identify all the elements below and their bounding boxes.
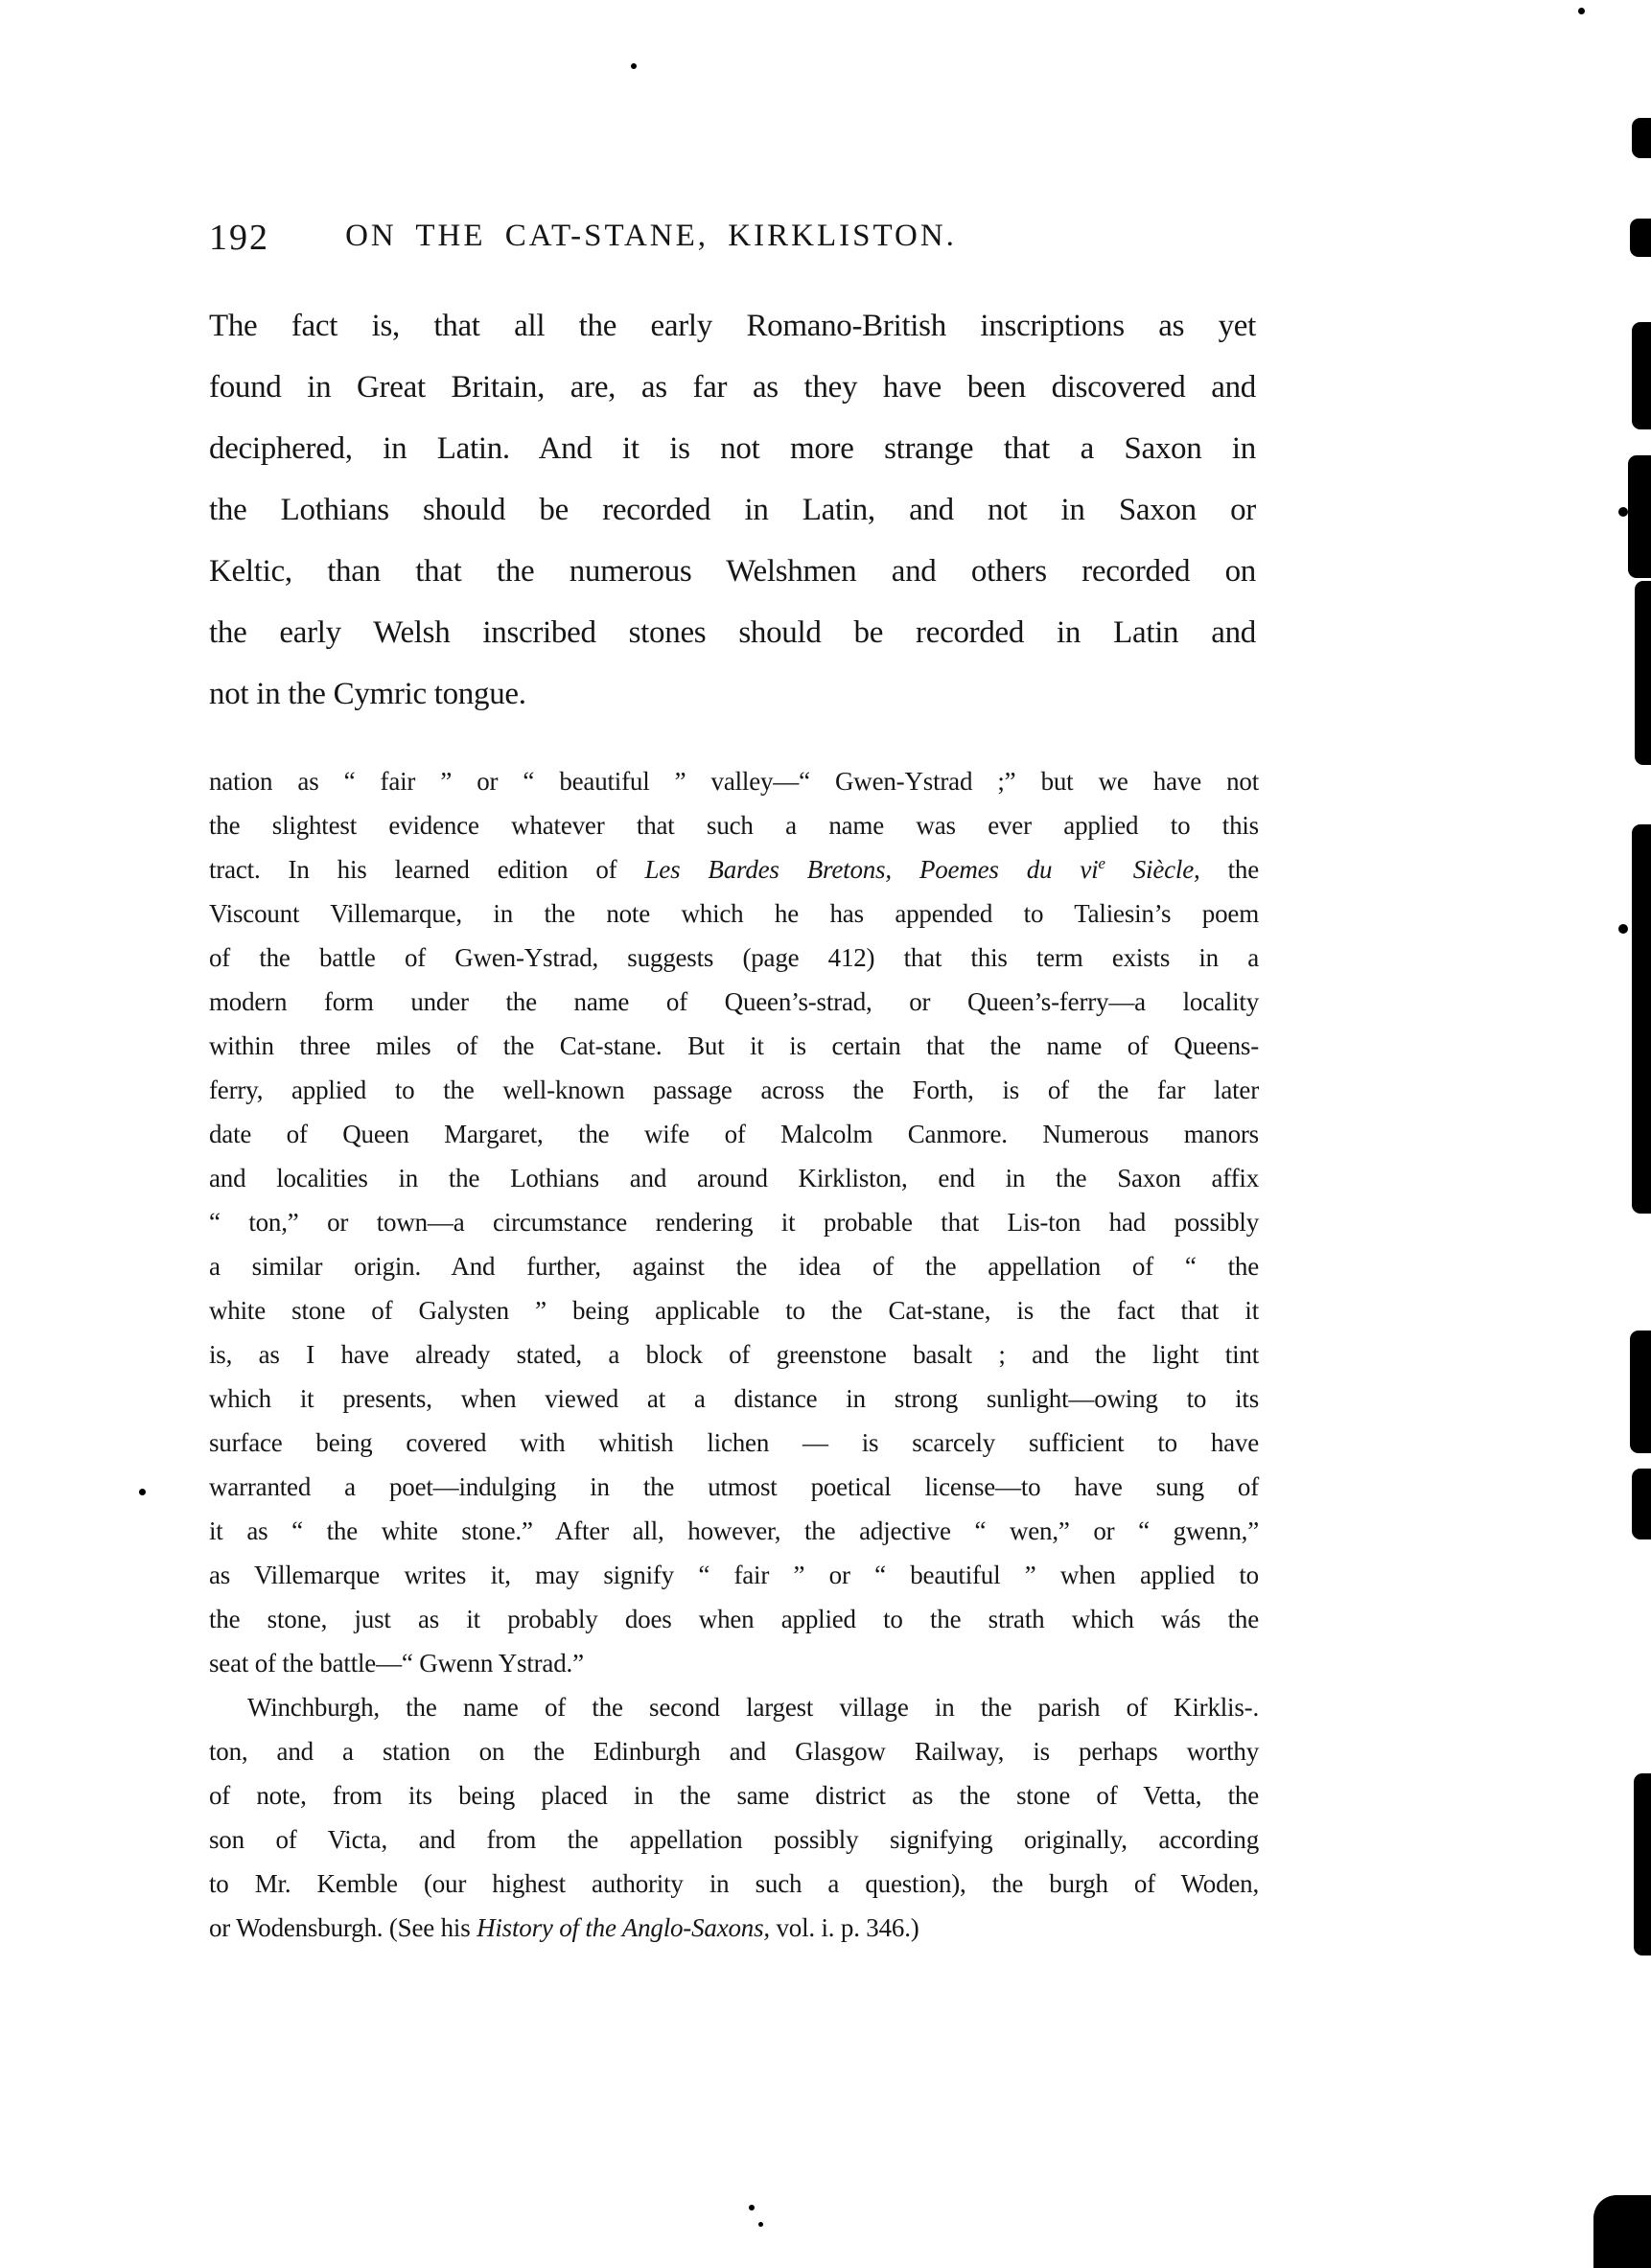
main-paragraph: The fact is, that all the early Romano-B… (209, 295, 1256, 725)
text-segment: Viscount Villemarque, in the note which … (209, 899, 1259, 928)
text-line: warranted a poet—indulging in the utmost… (209, 1465, 1259, 1509)
page-header: 192 ON THE CAT-STANE, KIRKLISTON. (209, 217, 1256, 265)
text-line: modern form under the name of Queen’s-st… (209, 980, 1259, 1024)
text-line: white stone of Galysten ” being applicab… (209, 1288, 1259, 1332)
text-line: is, as I have already stated, a block of… (209, 1332, 1259, 1377)
scan-edge-artifact (1632, 322, 1651, 429)
text-segment: of note, from its being placed in the sa… (209, 1781, 1259, 1810)
italic-text: e (1098, 855, 1105, 884)
text-segment: warranted a poet—indulging in the utmost… (209, 1472, 1259, 1501)
scan-speck (631, 63, 637, 69)
scan-speck (1618, 924, 1628, 934)
text-line: Viscount Villemarque, in the note which … (209, 891, 1259, 936)
text-segment: ton, and a station on the Edinburgh and … (209, 1737, 1259, 1766)
text-line: ferry, applied to the well-known passage… (209, 1068, 1259, 1112)
text-segment: not in the Cymric tongue. (209, 677, 526, 711)
text-line: or Wodensburgh. (See his History of the … (209, 1906, 1259, 1950)
text-line: tract. In his learned edition of Les Bar… (209, 847, 1259, 891)
text-segment: “ ton,” or town—a circumstance rendering… (209, 1208, 1259, 1237)
text-segment: within three miles of the Cat-stane. But… (209, 1031, 1259, 1060)
text-line: of the battle of Gwen-Ystrad, suggests (… (209, 936, 1259, 980)
scan-speck (1618, 507, 1628, 517)
text-segment: the stone, just as it probably does when… (209, 1605, 1259, 1633)
text-segment: of the battle of Gwen-Ystrad, suggests (… (209, 943, 1259, 972)
footnote-text: nation as “ fair ” or “ beautiful ” vall… (209, 759, 1259, 1950)
text-line: ton, and a station on the Edinburgh and … (209, 1729, 1259, 1773)
text-segment: it as “ the white stone.” After all, how… (209, 1516, 1259, 1545)
text-line: date of Queen Margaret, the wife of Malc… (209, 1112, 1259, 1156)
italic-text: History of the Anglo-Saxons, (477, 1913, 770, 1942)
scan-edge-artifact (1628, 455, 1651, 578)
text-line: within three miles of the Cat-stane. But… (209, 1024, 1259, 1068)
text-segment: Keltic, than that the numerous Welshmen … (209, 554, 1256, 589)
text-segment: son of Victa, and from the appellation p… (209, 1825, 1259, 1854)
text-line: Winchburgh, the name of the second large… (209, 1685, 1259, 1729)
text-line: not in the Cymric tongue. (209, 663, 1256, 725)
scan-speck (1578, 8, 1585, 14)
text-segment: is, as I have already stated, a block of… (209, 1340, 1259, 1369)
text-line: the stone, just as it probably does when… (209, 1597, 1259, 1641)
text-line: son of Victa, and from the appellation p… (209, 1817, 1259, 1862)
text-line: seat of the battle—“ Gwenn Ystrad.” (209, 1641, 1259, 1685)
scan-speck (749, 2205, 755, 2210)
text-line: it as “ the white stone.” After all, how… (209, 1509, 1259, 1553)
text-segment: found in Great Britain, are, as far as t… (209, 370, 1256, 405)
text-line: and localities in the Lothians and aroun… (209, 1156, 1259, 1200)
text-line: Keltic, than that the numerous Welshmen … (209, 541, 1256, 602)
text-line: the early Welsh inscribed stones should … (209, 602, 1256, 663)
text-segment: and localities in the Lothians and aroun… (209, 1164, 1259, 1192)
text-line: which it presents, when viewed at a dist… (209, 1377, 1259, 1421)
text-segment: or Wodensburgh. (See his (209, 1913, 477, 1942)
text-line: nation as “ fair ” or “ beautiful ” vall… (209, 759, 1259, 803)
scan-edge-artifact (1632, 1469, 1651, 1539)
text-segment: which it presents, when viewed at a dist… (209, 1384, 1259, 1413)
text-line: a similar origin. And further, against t… (209, 1244, 1259, 1288)
text-segment: ferry, applied to the well-known passage… (209, 1076, 1259, 1104)
scan-edge-artifact (1632, 118, 1651, 158)
scan-speck (139, 1489, 146, 1495)
text-line: as Villemarque writes it, may signify “ … (209, 1553, 1259, 1597)
scan-speck (758, 2222, 763, 2227)
text-line: deciphered, in Latin. And it is not more… (209, 418, 1256, 479)
text-segment: deciphered, in Latin. And it is not more… (209, 431, 1256, 466)
text-line: found in Great Britain, are, as far as t… (209, 357, 1256, 418)
italic-text: Siècle, (1105, 855, 1200, 884)
text-segment: as Villemarque writes it, may signify “ … (209, 1561, 1259, 1589)
text-line: The fact is, that all the early Romano-B… (209, 295, 1256, 357)
scan-edge-artifact (1630, 219, 1651, 257)
text-segment: the (1200, 855, 1259, 884)
text-line: “ ton,” or town—a circumstance rendering… (209, 1200, 1259, 1244)
text-segment: the early Welsh inscribed stones should … (209, 615, 1256, 650)
text-segment: The fact is, that all the early Romano-B… (209, 309, 1256, 343)
text-segment: seat of the battle—“ Gwenn Ystrad.” (209, 1649, 584, 1678)
text-segment: white stone of Galysten ” being applicab… (209, 1296, 1259, 1325)
text-line: the Lothians should be recorded in Latin… (209, 479, 1256, 541)
scan-edge-artifact (1630, 1331, 1651, 1453)
text-segment: to Mr. Kemble (our highest authority in … (209, 1869, 1259, 1898)
text-segment: date of Queen Margaret, the wife of Malc… (209, 1120, 1259, 1148)
text-segment: the Lothians should be recorded in Latin… (209, 493, 1256, 527)
text-line: to Mr. Kemble (our highest authority in … (209, 1862, 1259, 1906)
scan-edge-artifact (1634, 1773, 1651, 1956)
text-line: surface being covered with whitish liche… (209, 1421, 1259, 1465)
text-segment: tract. In his learned edition of (209, 855, 644, 884)
text-segment: a similar origin. And further, against t… (209, 1252, 1259, 1281)
italic-text: Les Bardes Bretons, Poemes du vi (644, 855, 1098, 884)
text-segment: the slightest evidence whatever that suc… (209, 811, 1259, 840)
text-line: of note, from its being placed in the sa… (209, 1773, 1259, 1817)
running-header-title: ON THE CAT-STANE, KIRKLISTON. (209, 219, 1093, 254)
text-segment: vol. i. p. 346.) (770, 1913, 919, 1942)
text-segment: modern form under the name of Queen’s-st… (209, 987, 1259, 1016)
scan-edge-artifact (1593, 2195, 1651, 2268)
scan-edge-artifact (1632, 824, 1651, 1214)
book-page-scan: 192 ON THE CAT-STANE, KIRKLISTON. The fa… (0, 0, 1651, 2268)
scan-edge-artifact (1635, 581, 1651, 765)
text-segment: Winchburgh, the name of the second large… (247, 1693, 1259, 1722)
text-line: the slightest evidence whatever that suc… (209, 803, 1259, 847)
text-segment: nation as “ fair ” or “ beautiful ” vall… (209, 767, 1259, 796)
text-segment: surface being covered with whitish liche… (209, 1428, 1259, 1457)
